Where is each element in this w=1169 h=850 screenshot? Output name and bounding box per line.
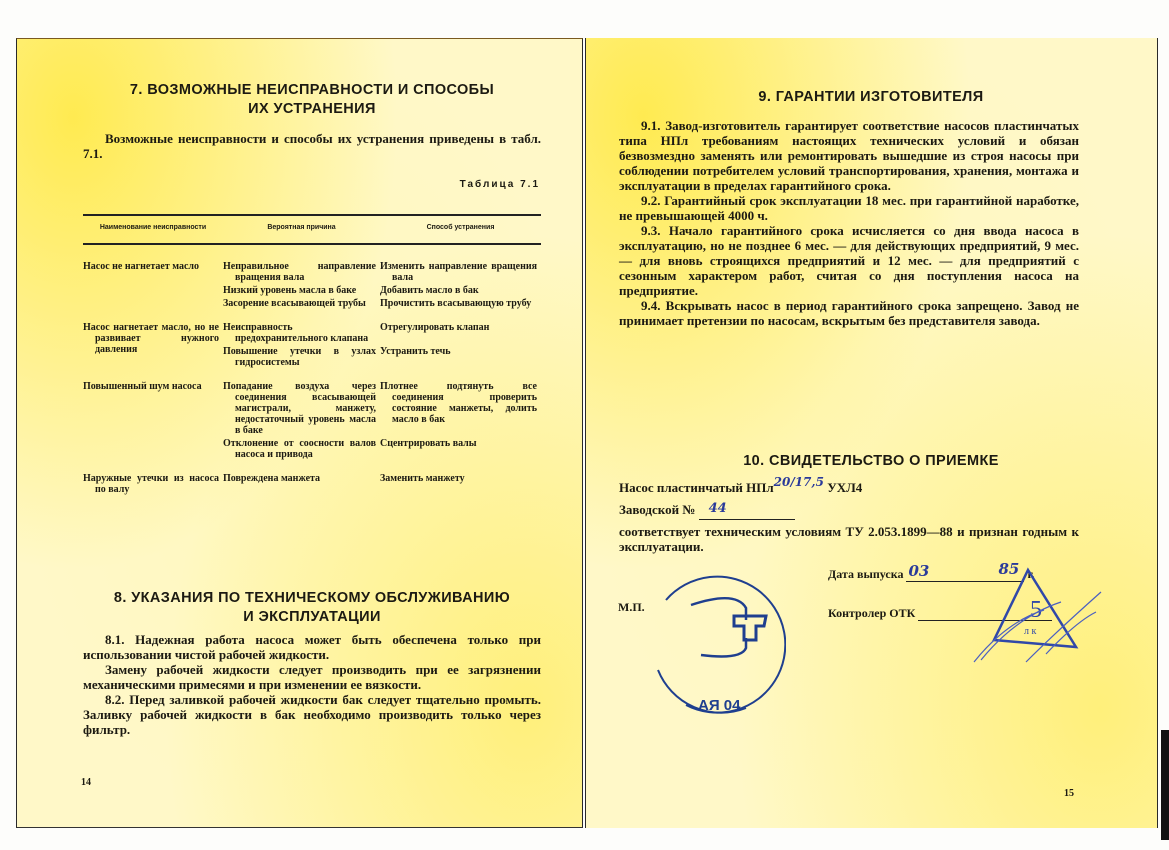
section-7-intro: Возможные неисправности и способы их уст…: [83, 131, 541, 161]
right-page: 9. ГАРАНТИИ ИЗГОТОВИТЕЛЯ 9.1. Завод-изго…: [585, 38, 1158, 828]
header-cause: Вероятная причина: [223, 224, 380, 232]
cause-cell: Засорение всасывающей трубы: [223, 298, 380, 309]
cause-remedy-pair: Повреждена манжетаЗаменить манжету: [223, 473, 541, 484]
serial-handwritten: 44: [709, 501, 727, 516]
pump-model-handwritten: 20/17,5: [774, 475, 824, 489]
header-fault: Наименование неисправности: [83, 224, 223, 232]
section-9-body: 9.1. Завод-изготовитель гарантирует соот…: [619, 118, 1079, 328]
cause-remedy-group: Неправильное направление вращения валаИз…: [223, 261, 541, 311]
serial-field: 44: [699, 498, 795, 520]
serial-label: Заводской №: [619, 502, 695, 517]
table-header: Наименование неисправности Вероятная при…: [83, 216, 541, 243]
remedy-cell: Изменить направление вращения вала: [380, 261, 541, 283]
factory-stamp-icon: АЯ 04: [646, 560, 786, 720]
table-header-rule: [83, 243, 541, 245]
remedy-cell: Плотнее подтянуть все соединения провери…: [380, 381, 541, 436]
cause-remedy-pair: Отклонение от соосности валов насоса и п…: [223, 438, 541, 460]
cause-remedy-pair: Попадание воздуха через соединения всасы…: [223, 381, 541, 436]
fault-cell: Насос нагнетает масло, но не развивает н…: [83, 322, 223, 370]
cause-cell: Неисправность предохранительного клапана: [223, 322, 380, 344]
scan-edge: [1161, 730, 1169, 840]
acceptance-certificate: Насос пластинчатый НПл20/17,5 УХЛ4 Завод…: [619, 478, 1079, 554]
cause-cell: Неправильное направление вращения вала: [223, 261, 380, 283]
remedy-cell: Заменить манжету: [380, 473, 541, 484]
controller-label: Контролер ОТК: [828, 606, 915, 620]
faults-table: Наименование неисправности Вероятная при…: [83, 214, 541, 506]
cause-remedy-group: Повреждена манжетаЗаменить манжету: [223, 473, 541, 495]
cause-remedy-group: Неисправность предохранительного клапана…: [223, 322, 541, 370]
table-row: Насос не нагнетает маслоНеправильное нап…: [83, 261, 541, 311]
paragraph-9-4: 9.4. Вскрывать насос в период гарантийно…: [619, 298, 1079, 328]
remedy-cell: Сцентрировать валы: [380, 438, 541, 460]
paragraph-9-1: 9.1. Завод-изготовитель гарантирует соот…: [619, 118, 1079, 193]
date-label: Дата выпуска: [828, 567, 903, 581]
remedy-cell: Добавить масло в бак: [380, 285, 541, 296]
fault-cell: Насос не нагнетает масло: [83, 261, 223, 311]
cause-cell: Повышение утечки в узлах гидросистемы: [223, 346, 380, 368]
cause-remedy-pair: Неисправность предохранительного клапана…: [223, 322, 541, 344]
paragraph-8-1b: Замену рабочей жидкости следует производ…: [83, 662, 541, 692]
section-7-title: 7. ВОЗМОЖНЫЕ НЕИСПРАВНОСТИ И СПОСОБЫ ИХ …: [77, 81, 547, 119]
table-row: Повышенный шум насосаПопадание воздуха ч…: [83, 381, 541, 462]
section-8-body: 8.1. Надежная работа насоса может быть о…: [83, 632, 541, 737]
header-remedy: Способ устранения: [380, 224, 541, 232]
otk-stamp-letters: л к: [1024, 626, 1036, 637]
table-body: Насос не нагнетает маслоНеправильное нап…: [83, 261, 541, 495]
remedy-cell: Прочистить всасывающую трубу: [380, 298, 541, 309]
table-row: Насос нагнетает масло, но не развивает н…: [83, 322, 541, 370]
cause-remedy-pair: Низкий уровень масла в бакеДобавить масл…: [223, 285, 541, 296]
table-row: Наружные утечки из насоса по валуПоврежд…: [83, 473, 541, 495]
page-number-right: 15: [1064, 788, 1074, 799]
otk-stamp-number: 5: [1030, 597, 1042, 623]
paragraph-9-2: 9.2. Гарантийный срок эксплуатации 18 ме…: [619, 193, 1079, 223]
section-7-title-line1: 7. ВОЗМОЖНЫЕ НЕИСПРАВНОСТИ И СПОСОБЫ: [130, 82, 494, 98]
section-8-title-line1: 8. УКАЗАНИЯ ПО ТЕХНИЧЕСКОМУ ОБСЛУЖИВАНИЮ: [114, 590, 510, 606]
cause-cell: Отклонение от соосности валов насоса и п…: [223, 438, 380, 460]
stamp-text: АЯ 04: [698, 697, 741, 714]
section-8-title: 8. УКАЗАНИЯ ПО ТЕХНИЧЕСКОМУ ОБСЛУЖИВАНИЮ…: [77, 589, 547, 627]
pump-suffix: УХЛ4: [827, 480, 862, 495]
paragraph-9-3: 9.3. Начало гарантийного срока исчисляет…: [619, 223, 1079, 298]
section-7-title-line2: ИХ УСТРАНЕНИЯ: [248, 101, 376, 117]
section-8-title-line2: И ЭКСПЛУАТАЦИИ: [243, 609, 381, 625]
cause-cell: Попадание воздуха через соединения всасы…: [223, 381, 380, 436]
section-10-title: 10. СВИДЕТЕЛЬСТВО О ПРИЕМКЕ: [616, 452, 1126, 471]
remedy-cell: Устранить течь: [380, 346, 541, 368]
page-number-left: 14: [81, 777, 91, 788]
pump-label: Насос пластинчатый НПл: [619, 480, 774, 495]
table-caption: Таблица 7.1: [437, 179, 540, 190]
conformity-text: соответствует техническим условиям ТУ 2.…: [619, 524, 1079, 554]
date-day-handwritten: 03: [908, 562, 929, 580]
stamp-place-label: М.П.: [618, 600, 645, 615]
remedy-cell: Отрегулировать клапан: [380, 322, 541, 344]
cause-remedy-pair: Засорение всасывающей трубыПрочистить вс…: [223, 298, 541, 309]
cause-cell: Низкий уровень масла в баке: [223, 285, 380, 296]
fault-cell: Повышенный шум насоса: [83, 381, 223, 462]
left-page: 7. ВОЗМОЖНЫЕ НЕИСПРАВНОСТИ И СПОСОБЫ ИХ …: [16, 38, 583, 828]
otk-stamp-icon: 5 л к: [966, 562, 1106, 672]
paragraph-8-2: 8.2. Перед заливкой рабочей жидкости бак…: [83, 692, 541, 737]
paragraph-8-1: 8.1. Надежная работа насоса может быть о…: [83, 632, 541, 662]
cause-remedy-group: Попадание воздуха через соединения всасы…: [223, 381, 541, 462]
pump-model-line: Насос пластинчатый НПл20/17,5 УХЛ4: [619, 478, 1079, 498]
cause-cell: Повреждена манжета: [223, 473, 380, 484]
section-9-title: 9. ГАРАНТИИ ИЗГОТОВИТЕЛЯ: [616, 88, 1126, 107]
cause-remedy-pair: Повышение утечки в узлах гидросистемыУст…: [223, 346, 541, 368]
cause-remedy-pair: Неправильное направление вращения валаИз…: [223, 261, 541, 283]
fault-cell: Наружные утечки из насоса по валу: [83, 473, 223, 495]
serial-line: Заводской № 44: [619, 498, 1079, 518]
